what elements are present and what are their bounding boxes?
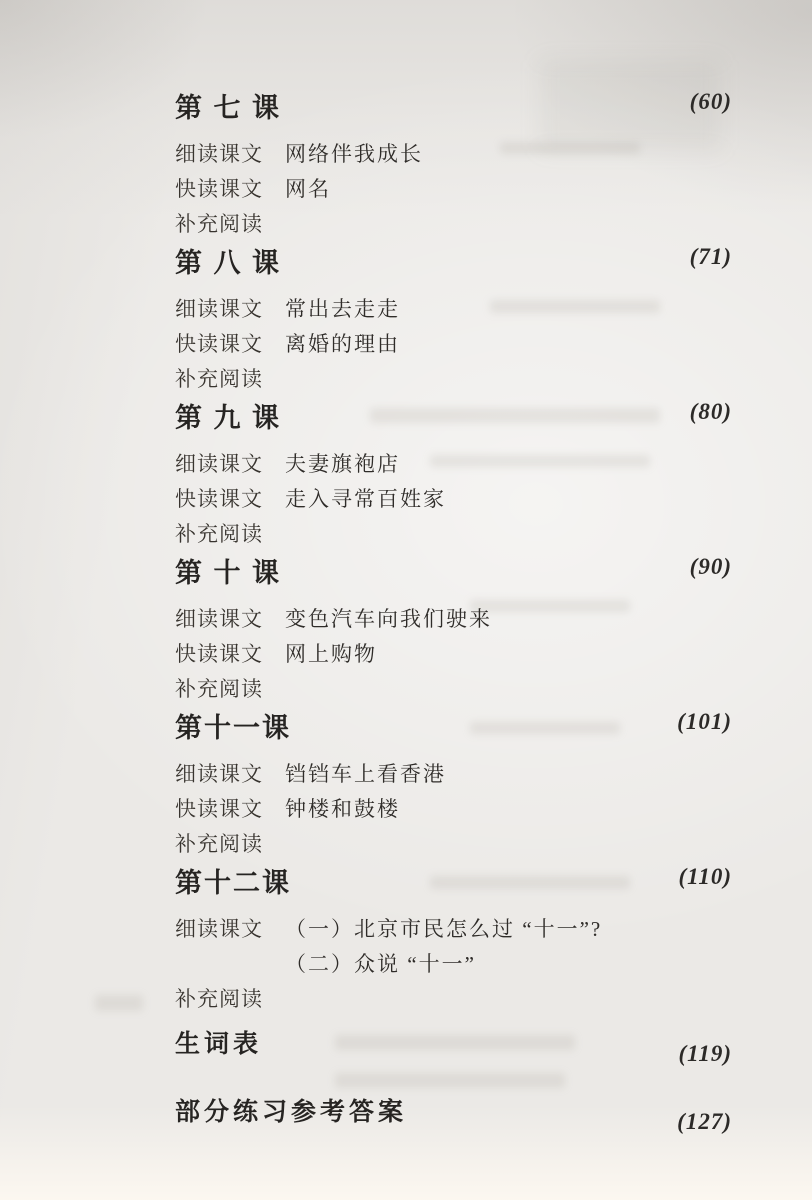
lesson-title: 第 八 课 <box>175 241 281 280</box>
row-title: 常出去走走 <box>285 297 400 321</box>
toc-row: 补充阅读 <box>175 207 732 242</box>
toc-row: 快读课文网上购物 <box>175 637 732 672</box>
row-label: 补充阅读 <box>175 827 285 862</box>
toc-row: 细读课文（一）北京市民怎么过 “十一”? <box>175 912 732 947</box>
show-through-smudge <box>95 995 143 1011</box>
row-title: 离婚的理由 <box>285 332 400 356</box>
toc-row: 补充阅读 <box>175 827 732 862</box>
row-label: 细读课文 <box>175 602 285 637</box>
toc-row: 快读课文离婚的理由 <box>175 327 732 362</box>
row-label: 细读课文 <box>175 912 285 947</box>
lesson-heading-line: 第 七 课 (60) <box>175 86 732 120</box>
row-label: 快读课文 <box>175 172 285 207</box>
toc-row: 补充阅读 <box>175 362 732 397</box>
entry-page-number: (119) <box>678 1041 732 1067</box>
row-label: 快读课文 <box>175 482 285 517</box>
lesson-title: 第十一课 <box>175 706 291 745</box>
lesson-title: 第 十 课 <box>175 551 281 590</box>
row-label: 细读课文 <box>175 137 285 172</box>
row-label: 补充阅读 <box>175 982 285 1017</box>
show-through-smudge <box>335 1073 565 1088</box>
lesson-title: 第 九 课 <box>175 396 281 435</box>
book-page: 第 七 课 (60) 细读课文网络伴我成长 快读课文网名 补充阅读 第 八 课 … <box>0 0 812 1200</box>
toc-row: 细读课文网络伴我成长 <box>175 137 732 172</box>
row-label: 快读课文 <box>175 792 285 827</box>
toc-row: （二）众说 “十一” <box>175 947 732 982</box>
toc-row: 补充阅读 <box>175 982 732 1017</box>
lesson-page-number: (71) <box>690 244 732 270</box>
row-title: 网上购物 <box>285 642 377 666</box>
row-label: 快读课文 <box>175 637 285 672</box>
row-title: 走入寻常百姓家 <box>285 487 446 511</box>
row-label: 补充阅读 <box>175 672 285 707</box>
entry-page-number: (127) <box>677 1109 732 1135</box>
lesson-heading-line: 第十二课 (110) <box>175 861 732 895</box>
lesson-page-number: (60) <box>690 89 732 115</box>
row-label: 细读课文 <box>175 447 285 482</box>
entry-title: 部分练习参考答案 <box>175 1092 407 1128</box>
row-title: 钟楼和鼓楼 <box>285 797 400 821</box>
entry-title: 生词表 <box>175 1024 262 1060</box>
toc-section-lesson-7: 第 七 课 (60) 细读课文网络伴我成长 快读课文网名 补充阅读 <box>175 86 732 242</box>
row-label: 快读课文 <box>175 327 285 362</box>
row-label: 细读课文 <box>175 757 285 792</box>
row-title: 夫妻旗袍店 <box>285 452 400 476</box>
toc-entry-answer-key: 部分练习参考答案 (127) <box>175 1092 732 1128</box>
toc-row: 细读课文夫妻旗袍店 <box>175 447 732 482</box>
row-title: 铛铛车上看香港 <box>285 762 446 786</box>
lesson-heading-line: 第 八 课 (71) <box>175 241 732 275</box>
row-title: 网络伴我成长 <box>285 142 423 166</box>
toc-row: 快读课文网名 <box>175 172 732 207</box>
toc-row: 细读课文常出去走走 <box>175 292 732 327</box>
lesson-heading-line: 第 十 课 (90) <box>175 551 732 585</box>
row-title: 变色汽车向我们驶来 <box>285 607 492 631</box>
lesson-heading-line: 第十一课 (101) <box>175 706 732 740</box>
row-title: （二）众说 “十一” <box>285 952 476 976</box>
toc-section-lesson-8: 第 八 课 (71) 细读课文常出去走走 快读课文离婚的理由 补充阅读 <box>175 241 732 397</box>
row-label: 细读课文 <box>175 292 285 327</box>
row-label: 补充阅读 <box>175 362 285 397</box>
row-label: 补充阅读 <box>175 517 285 552</box>
toc-row: 细读课文变色汽车向我们驶来 <box>175 602 732 637</box>
toc-row: 补充阅读 <box>175 517 732 552</box>
lesson-page-number: (90) <box>690 554 732 580</box>
toc-entry-vocabulary-list: 生词表 (119) <box>175 1024 732 1060</box>
row-label: 补充阅读 <box>175 207 285 242</box>
row-title: 网名 <box>285 177 331 201</box>
toc-row: 快读课文钟楼和鼓楼 <box>175 792 732 827</box>
toc-section-lesson-11: 第十一课 (101) 细读课文铛铛车上看香港 快读课文钟楼和鼓楼 补充阅读 <box>175 706 732 862</box>
lesson-page-number: (80) <box>690 399 732 425</box>
lesson-page-number: (101) <box>677 709 732 735</box>
toc-row: 快读课文走入寻常百姓家 <box>175 482 732 517</box>
toc-row: 细读课文铛铛车上看香港 <box>175 757 732 792</box>
lesson-title: 第十二课 <box>175 861 291 900</box>
toc-section-lesson-10: 第 十 课 (90) 细读课文变色汽车向我们驶来 快读课文网上购物 补充阅读 <box>175 551 732 707</box>
row-title: （一）北京市民怎么过 “十一”? <box>285 917 602 941</box>
lesson-page-number: (110) <box>678 864 732 890</box>
toc-section-lesson-9: 第 九 课 (80) 细读课文夫妻旗袍店 快读课文走入寻常百姓家 补充阅读 <box>175 396 732 552</box>
toc-row: 补充阅读 <box>175 672 732 707</box>
lesson-title: 第 七 课 <box>175 86 281 125</box>
lesson-heading-line: 第 九 课 (80) <box>175 396 732 430</box>
toc-section-lesson-12: 第十二课 (110) 细读课文（一）北京市民怎么过 “十一”? （二）众说 “十… <box>175 861 732 1017</box>
